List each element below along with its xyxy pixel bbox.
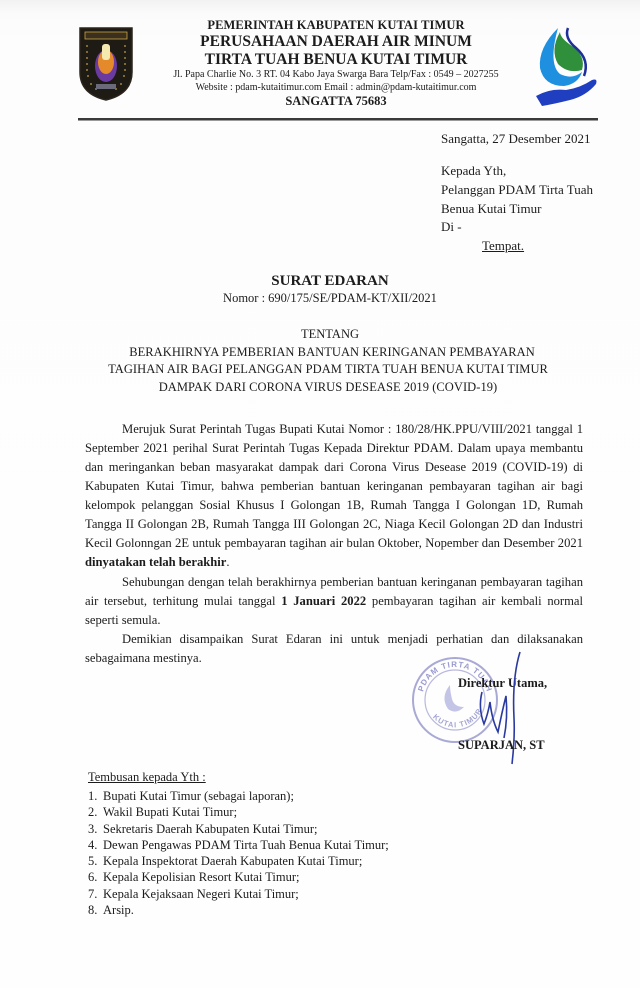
cc-heading: Tembusan kepada Yth : <box>88 770 206 785</box>
letterhead-divider <box>78 118 598 121</box>
cc-item-text: Sekretaris Daerah Kabupaten Kutai Timur; <box>103 822 318 836</box>
cc-item: 8.Arsip. <box>88 902 389 918</box>
cc-item-text: Bupati Kutai Timur (sebagai laporan); <box>103 789 294 803</box>
subject-line: DAMPAK DARI CORONA VIRUS DESEASE 2019 (C… <box>8 380 640 395</box>
subject-label: TENTANG <box>10 327 640 342</box>
cc-list: 1.Bupati Kutai Timur (sebagai laporan); … <box>88 788 389 918</box>
cc-item: 6.Kepala Kepolisian Resort Kutai Timur; <box>88 869 389 885</box>
cc-item-number: 1. <box>88 788 103 804</box>
cc-item: 4.Dewan Pengawas PDAM Tirta Tuah Benua K… <box>88 837 389 853</box>
place-date: Sangatta, 27 Desember 2021 <box>441 131 590 147</box>
cc-item: 2.Wakil Bupati Kutai Timur; <box>88 804 389 820</box>
water-drop-hand-icon <box>530 24 604 110</box>
cc-item-number: 8. <box>88 902 103 918</box>
paragraph-emphasis: dinyatakan telah berakhir <box>85 555 226 569</box>
document-number: Nomor : 690/175/SE/PDAM-KT/XII/2021 <box>10 291 640 306</box>
cc-item-text: Kepala Inspektorat Daerah Kabupaten Kuta… <box>103 854 362 868</box>
cc-item-number: 5. <box>88 853 103 869</box>
cc-item-text: Dewan Pengawas PDAM Tirta Tuah Benua Kut… <box>103 838 389 852</box>
addressee-line: Kepada Yth, <box>441 163 506 179</box>
body-paragraph-1: Merujuk Surat Perintah Tugas Bupati Kuta… <box>85 420 583 572</box>
addressee-line: Pelanggan PDAM Tirta Tuah <box>441 182 593 198</box>
paragraph-emphasis: 1 Januari 2022 <box>281 594 366 608</box>
subject-line: TAGIHAN AIR BAGI PELANGGAN PDAM TIRTA TU… <box>8 362 640 377</box>
subject-line: BERAKHIRNYA PEMBERIAN BANTUAN KERINGANAN… <box>12 345 640 360</box>
cc-item-text: Kepala Kepolisian Resort Kutai Timur; <box>103 870 300 884</box>
signatory-name: SUPARJAN, ST <box>458 738 545 753</box>
cc-item-text: Wakil Bupati Kutai Timur; <box>103 805 237 819</box>
letterhead-government: PEMERINTAH KABUPATEN KUTAI TIMUR <box>150 18 522 33</box>
addressee-line: Benua Kutai Timur <box>441 201 541 217</box>
cc-item-text: Arsip. <box>103 903 134 917</box>
cc-item-text: Kepala Kejaksaan Negeri Kutai Timur; <box>103 887 299 901</box>
letter-page: PEMERINTAH KABUPATEN KUTAI TIMUR PERUSAH… <box>0 0 640 988</box>
cc-item: 7.Kepala Kejaksaan Negeri Kutai Timur; <box>88 886 389 902</box>
letterhead-contact: Website : pdam-kutaitimur.com Email : ad… <box>150 82 522 93</box>
document-title: SURAT EDARAN <box>10 273 640 290</box>
letterhead-address: Jl. Papa Charlie No. 3 RT. 04 Kabo Jaya … <box>150 69 522 80</box>
cc-item-number: 2. <box>88 804 103 820</box>
addressee-line: Di - <box>441 219 462 235</box>
letterhead-company: PERUSAHAAN DAERAH AIR MINUM <box>150 33 522 51</box>
cc-item-number: 4. <box>88 837 103 853</box>
letterhead-city: SANGATTA 75683 <box>150 94 522 109</box>
letterhead-company-name: TIRTA TUAH BENUA KUTAI TIMUR <box>150 51 522 69</box>
cc-item: 3.Sekretaris Daerah Kabupaten Kutai Timu… <box>88 821 389 837</box>
cc-item-number: 6. <box>88 869 103 885</box>
paragraph-text: . <box>226 555 229 569</box>
cc-item: 5.Kepala Inspektorat Daerah Kabupaten Ku… <box>88 853 389 869</box>
cc-item: 1.Bupati Kutai Timur (sebagai laporan); <box>88 788 389 804</box>
cc-item-number: 7. <box>88 886 103 902</box>
paragraph-text: Merujuk Surat Perintah Tugas Bupati Kuta… <box>85 422 583 550</box>
body-paragraph-2: Sehubungan dengan telah berakhirnya pemb… <box>85 573 583 630</box>
addressee-line: Tempat. <box>482 238 524 254</box>
kutai-timur-regency-crest-icon <box>76 22 136 102</box>
cc-item-number: 3. <box>88 821 103 837</box>
